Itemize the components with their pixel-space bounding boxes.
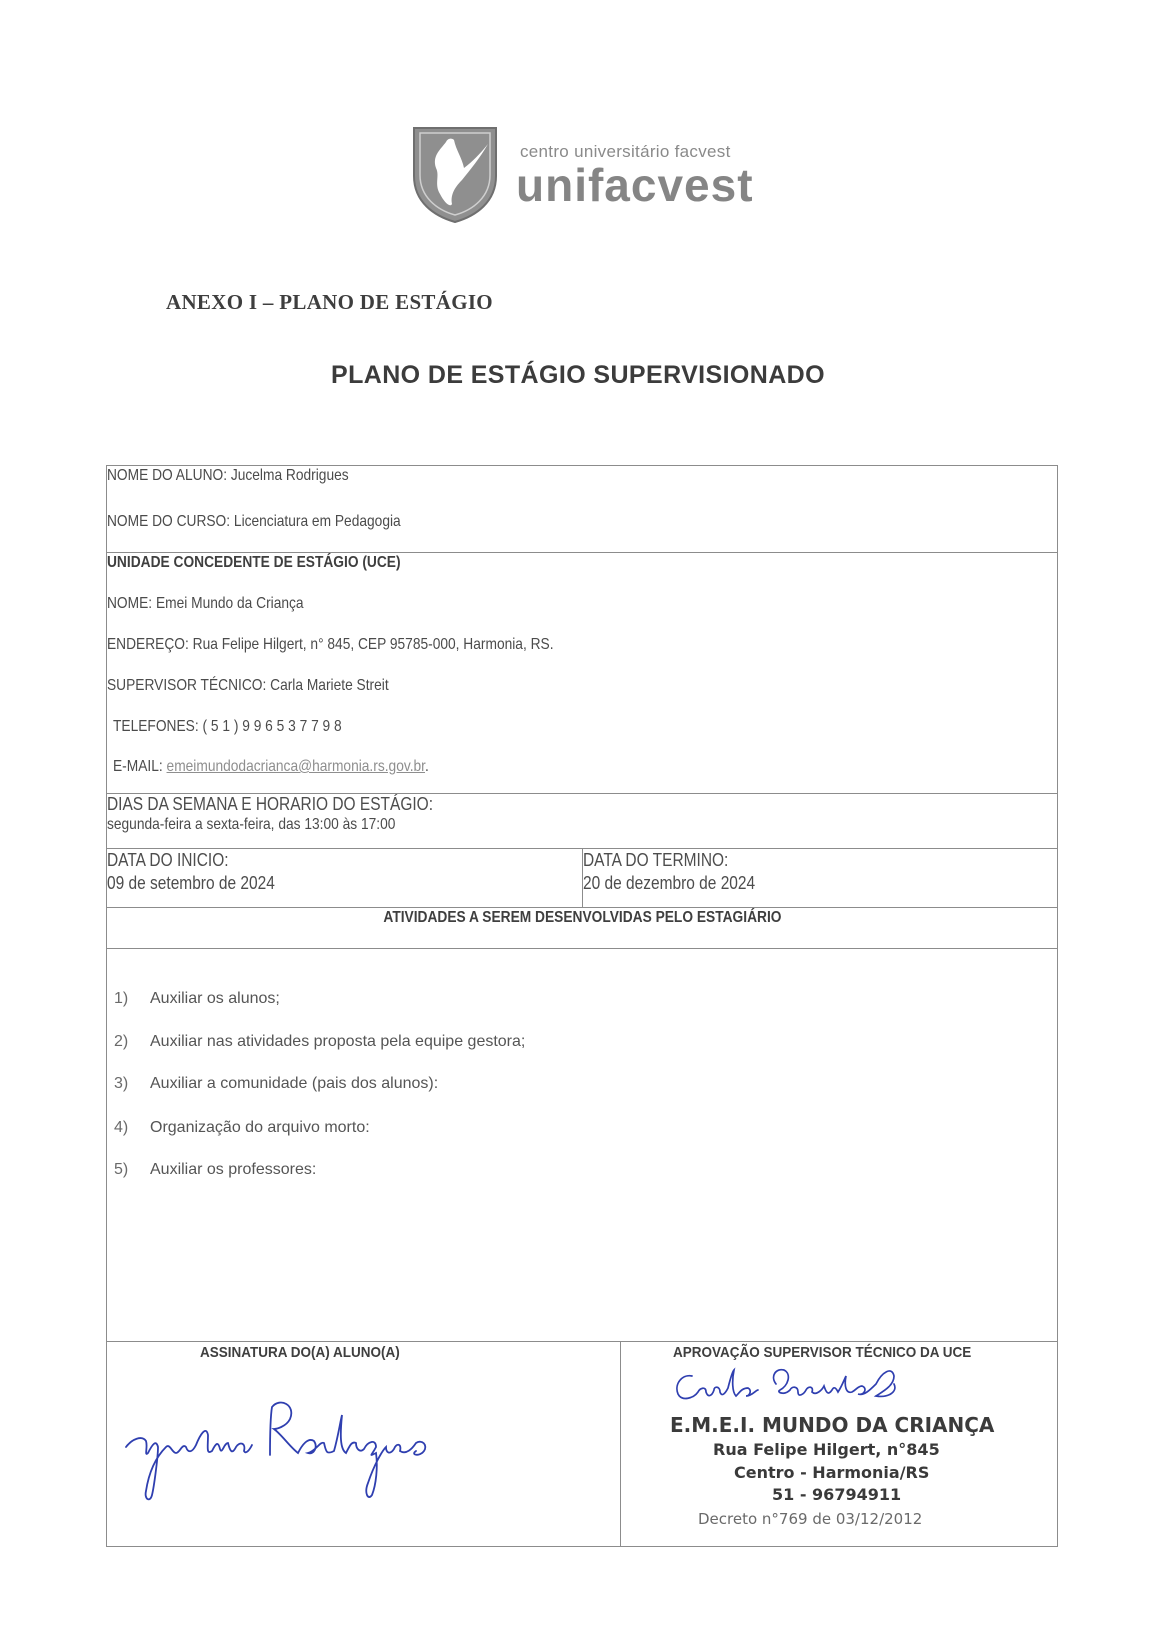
list-item-text: Auxiliar nas atividades proposta pela eq… (150, 1033, 525, 1050)
list-item-number: 1) (114, 990, 150, 1008)
student-name-value: Jucelma Rodrigues (231, 467, 349, 484)
student-signature (120, 1395, 520, 1505)
uce-email-field: E-MAIL: emeimundodacrianca@harmonia.rs.g… (113, 758, 429, 776)
uce-phones-label: TELEFONES: (113, 718, 199, 735)
schedule-label: DIAS DA SEMANA E HORARIO DO ESTÁGIO: (107, 794, 433, 815)
stamp-line-4: 51 - 96794911 (772, 1485, 901, 1504)
end-date-label: DATA DO TERMINO: (583, 850, 728, 871)
supervisor-signature-header: APROVAÇÃO SUPERVISOR TÉCNICO DA UCE (673, 1344, 971, 1361)
page-title: PLANO DE ESTÁGIO SUPERVISIONADO (0, 361, 1156, 390)
divider (106, 552, 1058, 553)
stamp-line-3: Centro - Harmonia/RS (734, 1463, 929, 1482)
divider (106, 948, 1058, 949)
list-item: 2)Auxiliar nas atividades proposta pela … (114, 1033, 525, 1051)
uce-phones-field: TELEFONES: ( 5 1 ) 9 9 6 5 3 7 7 9 8 (113, 718, 342, 736)
annex-heading: ANEXO I – PLANO DE ESTÁGIO (166, 290, 493, 315)
list-item-number: 3) (114, 1075, 150, 1093)
divider (106, 465, 1058, 466)
uce-address-label: ENDEREÇO: (107, 636, 189, 653)
uce-address-field: ENDEREÇO: Rua Felipe Hilgert, n° 845, CE… (107, 636, 554, 654)
logo-name: unifacvest (516, 158, 754, 212)
course-name-label: NOME DO CURSO: (107, 513, 230, 530)
student-name-field: NOME DO ALUNO: Jucelma Rodrigues (107, 467, 349, 485)
uce-phones-value: ( 5 1 ) 9 9 6 5 3 7 7 9 8 (202, 718, 341, 735)
activities-header-text: ATIVIDADES A SEREM DESENVOLVIDAS PELO ES… (383, 909, 781, 927)
list-item-number: 4) (114, 1119, 150, 1137)
list-item-text: Auxiliar a comunidade (pais dos alunos): (150, 1075, 438, 1092)
list-item: 3)Auxiliar a comunidade (pais dos alunos… (114, 1075, 438, 1093)
uce-supervisor-value: Carla Mariete Streit (270, 677, 389, 694)
divider (106, 1341, 1058, 1342)
end-date-value: 20 de dezembro de 2024 (583, 873, 755, 894)
list-item-text: Auxiliar os professores: (150, 1161, 316, 1178)
stamp-line-1: E.M.E.I. MUNDO DA CRIANÇA (670, 1413, 994, 1437)
schedule-value: segunda-feira a sexta-feira, das 13:00 à… (107, 816, 395, 834)
start-date-label: DATA DO INICIO: (107, 850, 229, 871)
list-item-number: 5) (114, 1161, 150, 1179)
uce-supervisor-field: SUPERVISOR TÉCNICO: Carla Mariete Streit (107, 677, 389, 695)
uce-name-label: NOME: (107, 595, 152, 612)
stamp-line-5: Decreto n°769 de 03/12/2012 (698, 1510, 922, 1528)
uce-supervisor-label: SUPERVISOR TÉCNICO: (107, 677, 266, 694)
uce-email-label: E-MAIL: (113, 758, 163, 775)
divider (620, 1341, 621, 1546)
shield-logo-icon (410, 124, 500, 224)
uce-name-value: Emei Mundo da Criança (156, 595, 304, 612)
uce-email-link[interactable]: emeimundodacrianca@harmonia.rs.gov.br (167, 758, 425, 775)
list-item-text: Organização do arquivo morto: (150, 1119, 370, 1136)
stamp-line-2: Rua Felipe Hilgert, n°845 (713, 1440, 940, 1459)
uce-section-header: UNIDADE CONCEDENTE DE ESTÁGIO (UCE) (107, 554, 401, 572)
university-logo: centro universitário facvest unifacvest (410, 122, 775, 227)
activities-header: ATIVIDADES A SEREM DESENVOLVIDAS PELO ES… (106, 909, 1058, 927)
divider (106, 907, 1058, 908)
student-name-label: NOME DO ALUNO: (107, 467, 227, 484)
divider (1057, 465, 1058, 1546)
divider (106, 465, 107, 1546)
uce-name-field: NOME: Emei Mundo da Criança (107, 595, 304, 613)
list-item-text: Auxiliar os alunos; (150, 990, 280, 1007)
list-item-number: 2) (114, 1033, 150, 1051)
uce-email-suffix: . (425, 758, 429, 775)
uce-address-value: Rua Felipe Hilgert, n° 845, CEP 95785-00… (193, 636, 554, 653)
student-signature-header: ASSINATURA DO(A) ALUNO(A) (200, 1344, 400, 1361)
start-date-value: 09 de setembro de 2024 (107, 873, 275, 894)
course-name-field: NOME DO CURSO: Licenciatura em Pedagogia (107, 513, 401, 531)
list-item: 1)Auxiliar os alunos; (114, 990, 280, 1008)
supervisor-signature (672, 1362, 972, 1412)
divider (106, 1546, 1058, 1547)
list-item: 4)Organização do arquivo morto: (114, 1119, 370, 1137)
list-item: 5)Auxiliar os professores: (114, 1161, 316, 1179)
course-name-value: Licenciatura em Pedagogia (234, 513, 401, 530)
